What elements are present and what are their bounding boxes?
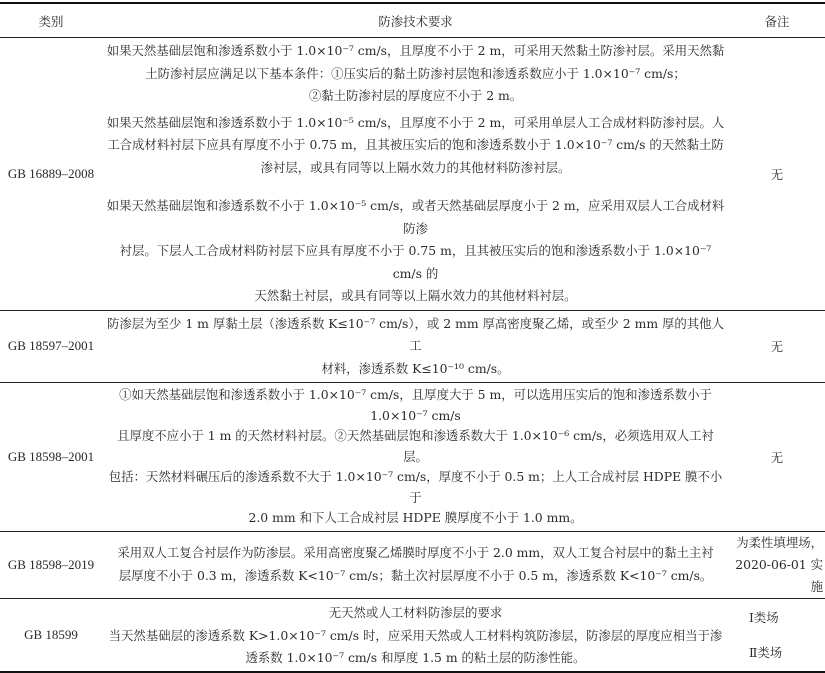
standards-table: 类别 防渗技术要求 备注 GB 16889–2008 如果天然基础层饱和渗透系数…: [0, 2, 825, 508]
text-line: 包括：天然材料碾压后的渗透系数不大于 1.0×10⁻⁷ cm/s，厚度不小于 0…: [106, 467, 725, 508]
note-cell: 无: [729, 310, 825, 383]
requirement-cell: 防渗层为至少 1 m 厚黏土层（渗透系数 K≤10⁻⁷ cm/s），或 2 mm…: [102, 310, 729, 383]
category-cell: GB 18598–2001: [0, 383, 102, 509]
table-row: GB 18598–2001 ①如天然基础层饱和渗透系数小于 1.0×10⁻⁷ c…: [0, 383, 825, 509]
spacer: [102, 181, 729, 193]
table-row: GB 18597–2001 防渗层为至少 1 m 厚黏土层（渗透系数 K≤10⁻…: [0, 310, 825, 383]
requirement-paragraph: 防渗层为至少 1 m 厚黏土层（渗透系数 K≤10⁻⁷ cm/s），或 2 mm…: [102, 311, 729, 383]
text-line: 材料，渗透系数 K≤10⁻¹⁰ cm/s。: [106, 358, 725, 381]
category-cell: GB 16889–2008: [0, 38, 102, 311]
requirement-paragraph: 如果天然基础层饱和渗透系数不小于 1.0×10⁻⁵ cm/s，或者天然基础层厚度…: [102, 193, 729, 310]
text-line: 防渗层为至少 1 m 厚黏土层（渗透系数 K≤10⁻⁷ cm/s），或 2 mm…: [106, 313, 725, 358]
requirement-cell: 如果天然基础层饱和渗透系数小于 1.0×10⁻⁷ cm/s，且厚度不小于 2 m…: [102, 38, 729, 311]
text-line: 如果天然基础层饱和渗透系数不小于 1.0×10⁻⁵ cm/s，或者天然基础层厚度…: [106, 195, 725, 240]
header-note: 备注: [729, 3, 825, 38]
table-row: GB 16889–2008 如果天然基础层饱和渗透系数小于 1.0×10⁻⁷ c…: [0, 38, 825, 311]
requirement-cell: ①如天然基础层饱和渗透系数小于 1.0×10⁻⁷ cm/s，且厚度大于 5 m，…: [102, 383, 729, 509]
note-cell: 无: [729, 383, 825, 509]
header-category: 类别: [0, 3, 102, 38]
header-row: 类别 防渗技术要求 备注: [0, 3, 825, 38]
text-line: 土防渗衬层应满足以下基本条件：①压实后的黏土防渗衬层饱和渗透系数应小于 1.0×…: [106, 63, 725, 86]
text-line: 天然黏土衬层，或具有同等以上隔水效力的其他材料衬层。: [106, 285, 725, 308]
text-line: ①如天然基础层饱和渗透系数小于 1.0×10⁻⁷ cm/s，且厚度大于 5 m，…: [106, 385, 725, 426]
text-line: ②黏土防渗衬层的厚度应不小于 2 m。: [106, 85, 725, 108]
text-line: 且厚度不应小于 1 m 的天然材料衬层。②天然基础层饱和渗透系数大于 1.0×1…: [106, 426, 725, 467]
text-line: 如果天然基础层饱和渗透系数小于 1.0×10⁻⁷ cm/s，且厚度不小于 2 m…: [106, 40, 725, 63]
category-cell: GB 18597–2001: [0, 310, 102, 383]
requirement-paragraph: 如果天然基础层饱和渗透系数小于 1.0×10⁻⁷ cm/s，且厚度不小于 2 m…: [102, 38, 729, 110]
text-line: 工合成材料衬层下应具有厚度不小于 0.75 m，且其被压实后的饱和渗透系数小于 …: [106, 134, 725, 157]
requirement-paragraph: ①如天然基础层饱和渗透系数小于 1.0×10⁻⁷ cm/s，且厚度大于 5 m，…: [102, 383, 729, 508]
text-line: 衬层。下层人工合成材料防衬层下应具有厚度不小于 0.75 m，且其被压实后的饱和…: [106, 240, 725, 285]
note-cell: 无: [729, 38, 825, 311]
text-line: 渗衬层，或具有同等以上隔水效力的其他材料防渗衬层。: [106, 157, 725, 180]
header-requirement: 防渗技术要求: [102, 3, 729, 38]
requirement-paragraph: 如果天然基础层饱和渗透系数小于 1.0×10⁻⁵ cm/s，且厚度不小于 2 m…: [102, 110, 729, 182]
text-line: 如果天然基础层饱和渗透系数小于 1.0×10⁻⁵ cm/s，且厚度不小于 2 m…: [106, 112, 725, 135]
